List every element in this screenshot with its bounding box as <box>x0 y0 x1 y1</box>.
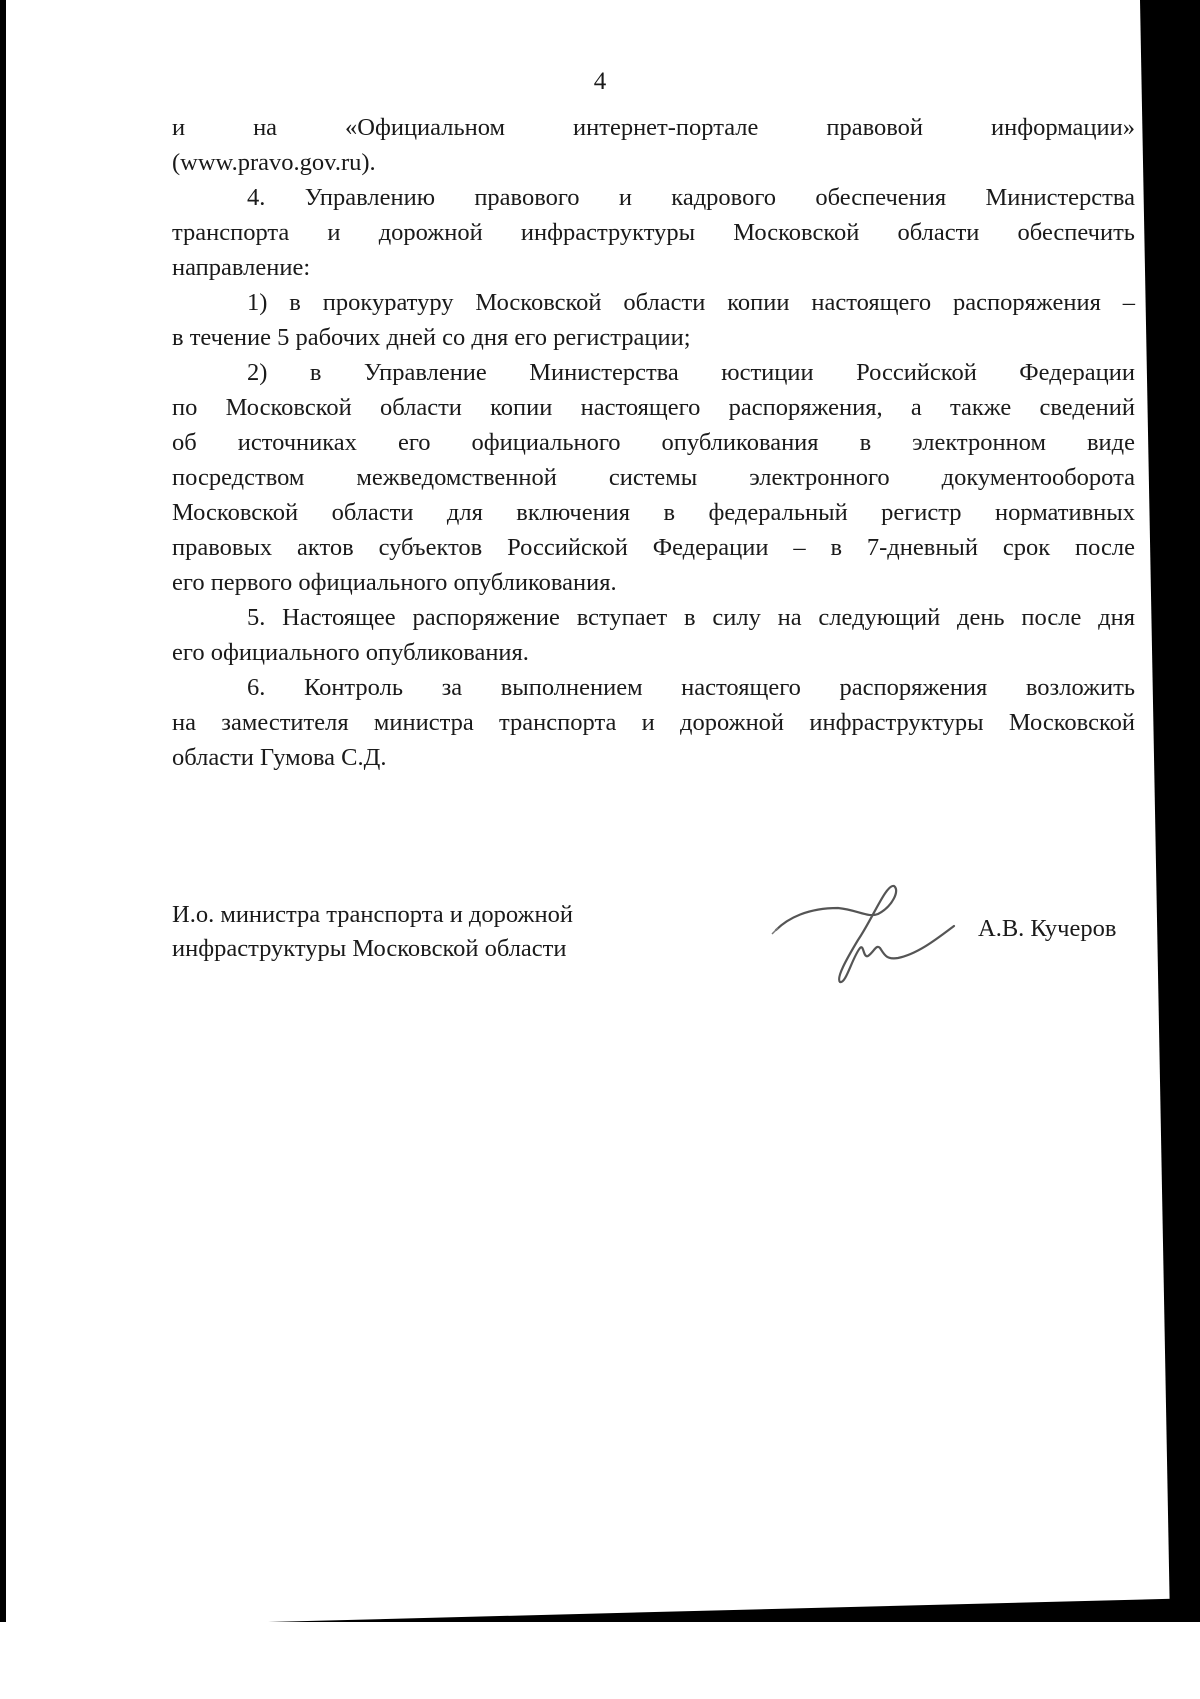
scan-edge-right <box>1140 0 1200 1622</box>
signer-position: И.о. министра транспорта и дорожной инфр… <box>172 898 573 966</box>
text-line: его первого официального опубликования. <box>172 565 1135 600</box>
text-line: об источниках его официального опубликов… <box>172 425 1135 460</box>
paragraph-continuation: и на «Официальном интернет-портале право… <box>172 110 1135 180</box>
paragraph-item-6: 6. Контроль за выполнением настоящего ра… <box>172 670 1135 775</box>
text-line: 5. Настоящее распоряжение вступает в сил… <box>172 600 1135 635</box>
text-line: по Московской области копии настоящего р… <box>172 390 1135 425</box>
text-line: 2) в Управление Министерства юстиции Рос… <box>172 355 1135 390</box>
text-line: 6. Контроль за выполнением настоящего ра… <box>172 670 1135 705</box>
scan-edge-bottom <box>268 1598 1200 1622</box>
text-line: его официального опубликования. <box>172 635 1135 670</box>
text-line: на заместителя министра транспорта и дор… <box>172 705 1135 740</box>
position-line: инфраструктуры Московской области <box>172 932 573 966</box>
signer-name: А.В. Кучеров <box>978 915 1116 943</box>
text-line: 4. Управлению правового и кадрового обес… <box>172 180 1135 215</box>
text-line: транспорта и дорожной инфраструктуры Мос… <box>172 215 1135 250</box>
text-line: направление: <box>172 250 1135 285</box>
text-line: области Гумова С.Д. <box>172 740 1135 775</box>
text-line: 1) в прокуратуру Московской области копи… <box>172 285 1135 320</box>
document-body: и на «Официальном интернет-портале право… <box>172 110 1135 775</box>
scan-edge-left <box>0 0 6 1622</box>
text-line: (www.pravo.gov.ru). <box>172 145 1135 180</box>
text-line: Московской области для включения в федер… <box>172 495 1135 530</box>
paragraph-item-4-2: 2) в Управление Министерства юстиции Рос… <box>172 355 1135 600</box>
page-number: 4 <box>0 68 1200 96</box>
text-line: правовых актов субъектов Российской Феде… <box>172 530 1135 565</box>
paragraph-item-4: 4. Управлению правового и кадрового обес… <box>172 180 1135 285</box>
handwritten-signature-icon <box>768 878 968 988</box>
document-page: 4 и на «Официальном интернет-портале пра… <box>0 0 1200 1699</box>
text-line: и на «Официальном интернет-портале право… <box>172 110 1135 145</box>
position-line: И.о. министра транспорта и дорожной <box>172 898 573 932</box>
paragraph-item-4-1: 1) в прокуратуру Московской области копи… <box>172 285 1135 355</box>
text-line: в течение 5 рабочих дней со дня его реги… <box>172 320 1135 355</box>
paragraph-item-5: 5. Настоящее распоряжение вступает в сил… <box>172 600 1135 670</box>
text-line: посредством межведомственной системы эле… <box>172 460 1135 495</box>
